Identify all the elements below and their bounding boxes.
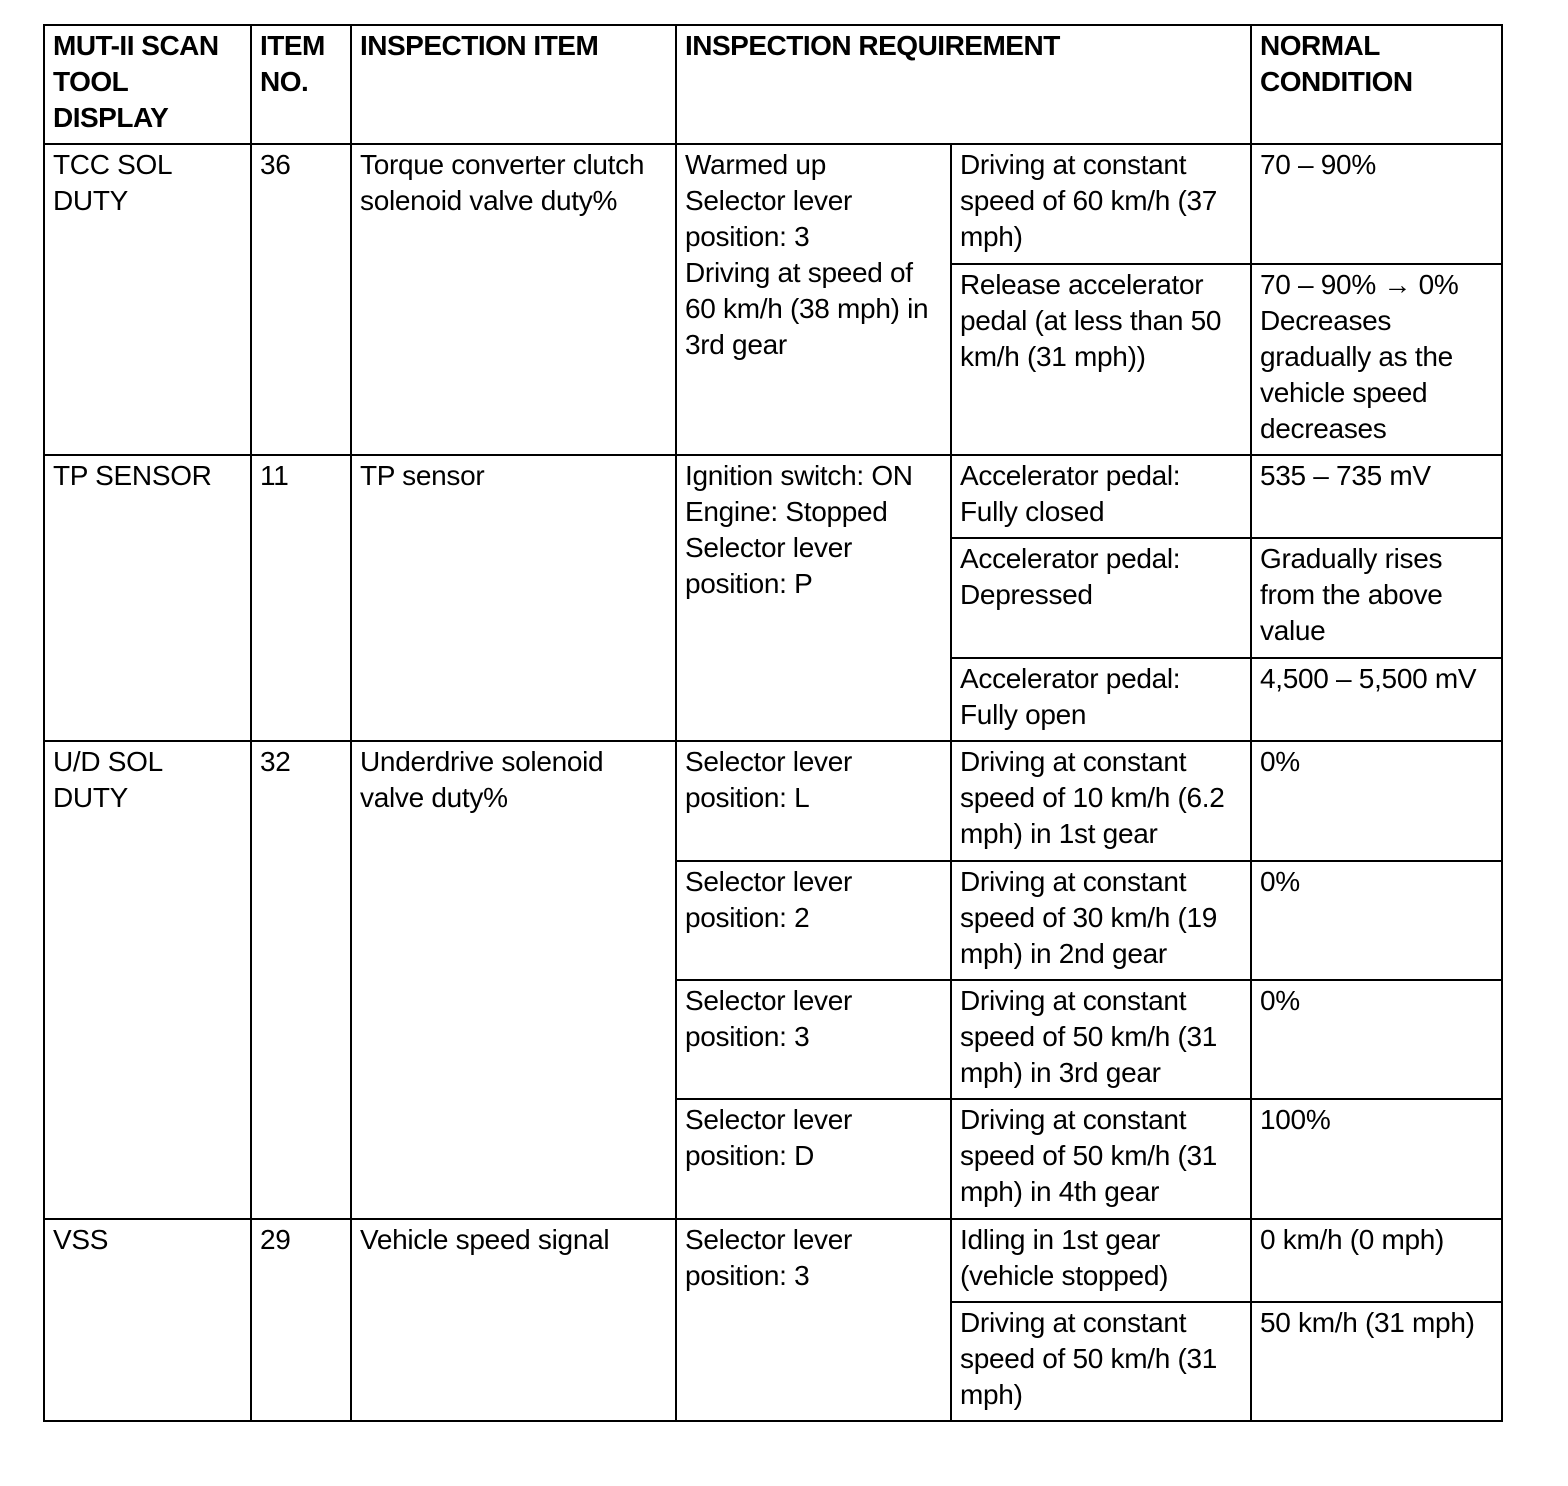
normal-line: 70 – 90% → 0% [1260, 267, 1494, 303]
item-cell: TP sensor [351, 455, 676, 741]
requirement-cell: Selector lever position: 3 [676, 1219, 951, 1421]
condition-cell: Driving at constant speed of 50 km/h (31… [951, 1302, 1251, 1421]
requirement-cell: Selector lever position: D [676, 1099, 951, 1219]
requirement-line: Engine: Stopped [685, 494, 943, 530]
table-row: TP SENSOR 11 TP sensor Ignition switch: … [44, 455, 1502, 538]
condition-cell: Driving at constant speed of 50 km/h (31… [951, 980, 1251, 1099]
normal-cell: 0 km/h (0 mph) [1251, 1219, 1502, 1302]
condition-cell: Accelerator pedal: Depressed [951, 538, 1251, 658]
normal-cell: 0% [1251, 861, 1502, 980]
requirement-line: Ignition switch: ON [685, 458, 943, 494]
requirement-cell: Selector lever position: 2 [676, 861, 951, 980]
item-no-cell: 32 [251, 741, 351, 1219]
requirement-line: Selector lever position: P [685, 530, 943, 602]
display-cell: U/D SOL DUTY [44, 741, 251, 1219]
normal-cell: 50 km/h (31 mph) [1251, 1302, 1502, 1421]
condition-cell: Driving at constant speed of 50 km/h (31… [951, 1099, 1251, 1219]
inspection-table: MUT-II SCAN TOOL DISPLAY ITEM NO. INSPEC… [43, 24, 1503, 1422]
requirement-line: Selector lever position: 3 [685, 183, 943, 255]
condition-cell: Driving at constant speed of 60 km/h (37… [951, 144, 1251, 264]
condition-cell: Idling in 1st gear (vehicle stopped) [951, 1219, 1251, 1302]
condition-cell: Driving at constant speed of 10 km/h (6.… [951, 741, 1251, 861]
condition-cell: Release accelerator pedal (at less than … [951, 264, 1251, 455]
normal-line: Decreases gradually as the vehicle speed… [1260, 303, 1494, 447]
requirement-line: Warmed up [685, 147, 943, 183]
header-normal-condition: NORMAL CONDITION [1251, 25, 1502, 144]
requirement-cell: Selector lever position: L [676, 741, 951, 861]
condition-cell: Driving at constant speed of 30 km/h (19… [951, 861, 1251, 980]
requirement-cell: Selector lever position: 3 [676, 980, 951, 1099]
header-display: MUT-II SCAN TOOL DISPLAY [44, 25, 251, 144]
normal-cell: 0% [1251, 980, 1502, 1099]
header-row: MUT-II SCAN TOOL DISPLAY ITEM NO. INSPEC… [44, 25, 1502, 144]
requirement-cell: Ignition switch: ON Engine: Stopped Sele… [676, 455, 951, 741]
display-cell: VSS [44, 1219, 251, 1421]
item-no-cell: 29 [251, 1219, 351, 1421]
normal-cell: 70 – 90% → 0% Decreases gradually as the… [1251, 264, 1502, 455]
header-inspection-item: INSPECTION ITEM [351, 25, 676, 144]
normal-cell: 70 – 90% [1251, 144, 1502, 264]
table-row: VSS 29 Vehicle speed signal Selector lev… [44, 1219, 1502, 1302]
normal-cell: 0% [1251, 741, 1502, 861]
requirement-cell: Warmed up Selector lever position: 3 Dri… [676, 144, 951, 455]
header-inspection-requirement: INSPECTION REQUIREMENT [676, 25, 1251, 144]
table-row: TCC SOL DUTY 36 Torque converter clutch … [44, 144, 1502, 264]
normal-cell: Gradually rises from the above value [1251, 538, 1502, 658]
item-no-cell: 36 [251, 144, 351, 455]
item-no-cell: 11 [251, 455, 351, 741]
normal-cell: 535 – 735 mV [1251, 455, 1502, 538]
item-cell: Vehicle speed signal [351, 1219, 676, 1421]
display-cell: TCC SOL DUTY [44, 144, 251, 455]
table-row: U/D SOL DUTY 32 Underdrive solenoid valv… [44, 741, 1502, 861]
normal-cell: 100% [1251, 1099, 1502, 1219]
normal-cell: 4,500 – 5,500 mV [1251, 658, 1502, 741]
header-item-no: ITEM NO. [251, 25, 351, 144]
item-cell: Underdrive solenoid valve duty% [351, 741, 676, 1219]
item-cell: Torque converter clutch solenoid valve d… [351, 144, 676, 455]
condition-cell: Accelerator pedal: Fully open [951, 658, 1251, 741]
display-cell: TP SENSOR [44, 455, 251, 741]
condition-cell: Accelerator pedal: Fully closed [951, 455, 1251, 538]
requirement-line: Driving at speed of 60 km/h (38 mph) in … [685, 255, 943, 363]
